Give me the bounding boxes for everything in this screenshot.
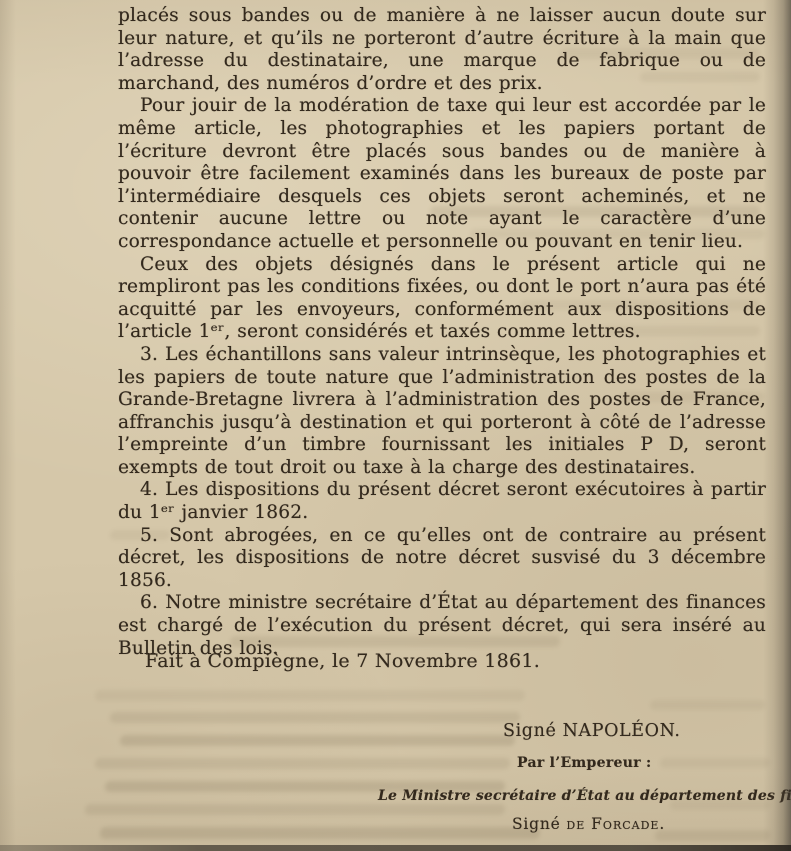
bleedthrough-artifact <box>95 758 511 769</box>
signature-forcade-prefix: Signé <box>512 815 566 833</box>
dateline: Fait à Compiègne, le 7 Novembre 1861. <box>145 650 540 672</box>
binding-shadow-right <box>763 0 791 851</box>
decree-paragraph: Ceux des objets désignés dans le présent… <box>118 254 766 344</box>
page-edge-bottom-shadow <box>0 845 791 851</box>
page-edge-left-shadow <box>0 0 16 851</box>
signature-napoleon: Signé NAPOLÉON. <box>503 721 681 741</box>
bleedthrough-artifact <box>655 830 771 841</box>
bleedthrough-artifact <box>110 712 521 723</box>
decree-paragraph: Pour jouir de la modération de taxe qui … <box>118 95 766 253</box>
decree-article-5: 5. Sont abrogées, en ce qu’elles ont de … <box>118 525 766 593</box>
scanned-decree-page: placés sous bandes ou de manière à ne la… <box>0 0 791 851</box>
bleedthrough-artifact <box>100 827 541 839</box>
decree-article-4: 4. Les dispositions du présent décret se… <box>118 479 766 524</box>
signature-forcade-name: de Forcade. <box>566 815 665 833</box>
decree-article-3: 3. Les échantillons sans valeur intrinsè… <box>118 344 766 480</box>
bleedthrough-artifact <box>95 690 526 701</box>
bleedthrough-artifact <box>120 735 516 746</box>
bleedthrough-artifact <box>650 700 766 710</box>
bleedthrough-artifact <box>85 804 506 815</box>
minister-title-line: Le Ministre secrétaire d’État au départe… <box>378 788 791 804</box>
bleedthrough-artifact <box>660 758 771 768</box>
signature-forcade: Signé de Forcade. <box>512 815 665 833</box>
decree-paragraph-continuation: placés sous bandes ou de manière à ne la… <box>118 5 766 95</box>
by-emperor-line: Par l’Empereur : <box>517 755 652 771</box>
decree-text-column: placés sous bandes ou de manière à ne la… <box>118 5 766 660</box>
